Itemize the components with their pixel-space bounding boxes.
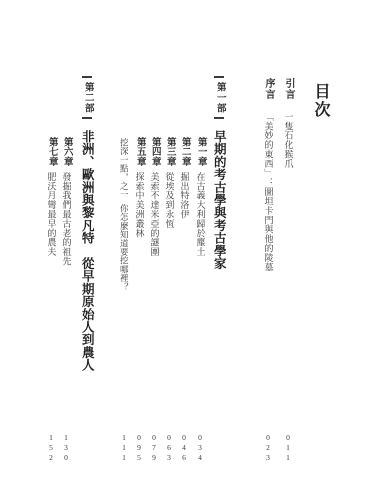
entry-title: 探索中美洲叢林 bbox=[135, 172, 144, 238]
entry-label: 第五章 bbox=[134, 137, 144, 166]
toc-entry-chapter-4: 第四章 美索不達米亞的謎團 bbox=[146, 137, 162, 257]
entry-label: 第四章 bbox=[149, 137, 159, 166]
page-title: 目次 bbox=[312, 83, 328, 119]
page-number: 046 bbox=[180, 433, 188, 463]
entry-label: 第二章 bbox=[179, 137, 189, 166]
page-number: 063 bbox=[165, 433, 173, 463]
entry-label: 引言 bbox=[283, 78, 293, 100]
entry-label: 挖深一點，之一 bbox=[120, 138, 129, 199]
toc-entry-chapter-2: 第二章 掘出特洛伊 bbox=[176, 137, 192, 219]
toc-entry-chapter-1: 第一章 在古義大利歸於塵土 bbox=[192, 137, 208, 257]
entry-title: 肥沃月彎最早的農夫 bbox=[47, 172, 56, 257]
entry-title: 在古義大利歸於塵土 bbox=[196, 172, 205, 257]
part-bracket-top-bar bbox=[82, 76, 92, 78]
page-number: 079 bbox=[150, 433, 158, 463]
toc-entry-chapter-3: 第三章 從埃及到永恆 bbox=[161, 137, 177, 229]
part-bracket-top-bar bbox=[214, 76, 224, 78]
page-title-column: 目次 bbox=[311, 83, 329, 119]
part-label: 第一部 bbox=[214, 82, 224, 114]
entry-title: 一隻石化猴爪 bbox=[284, 112, 293, 168]
entry-label: 第一章 bbox=[195, 137, 205, 166]
page-number: 095 bbox=[135, 433, 143, 463]
toc-entry-chapter-7: 第七章 肥沃月彎最早的農夫 bbox=[43, 137, 59, 257]
toc-entry-introduction: 引言 一隻石化猴爪 bbox=[280, 78, 296, 168]
part-bracket-bottom-bar bbox=[82, 117, 92, 119]
toc-entry-preface: 序言 「美妙的東西」：圖坦卡門與他的陵墓 bbox=[260, 78, 276, 272]
part-title: 非洲、歐洲與黎凡特 從早期原始人到農人 bbox=[81, 130, 94, 371]
page-number: 111 bbox=[120, 433, 128, 463]
part-title: 早期的考古學與考古學家 bbox=[213, 130, 226, 270]
entry-title: 「美妙的東西」：圖坦卡門與他的陵墓 bbox=[264, 112, 273, 272]
page-number: 023 bbox=[264, 433, 272, 463]
entry-label: 序言 bbox=[263, 78, 273, 100]
entry-label: 第六章 bbox=[61, 137, 71, 166]
entry-label: 第七章 bbox=[46, 137, 56, 166]
toc-entry-chapter-6: 第六章 發掘我們最古老的祖先 bbox=[58, 137, 74, 266]
toc-entry-chapter-5: 第五章 探索中美洲叢林 bbox=[131, 137, 147, 238]
page-number: 152 bbox=[47, 433, 55, 463]
toc-part-2: 第二部 非洲、歐洲與黎凡特 從早期原始人到農人 bbox=[79, 76, 95, 371]
entry-title: 掘出特洛伊 bbox=[180, 172, 189, 219]
entry-label: 第三章 bbox=[164, 137, 174, 166]
page-number: 130 bbox=[62, 433, 70, 463]
part-bracket-bottom-bar bbox=[214, 117, 224, 119]
entry-title: 從埃及到永恆 bbox=[165, 172, 174, 228]
entry-title: 發掘我們最古老的祖先 bbox=[62, 172, 71, 266]
part-label: 第二部 bbox=[82, 82, 92, 114]
entry-title: 你怎麼知道要挖哪裡？ bbox=[120, 204, 129, 291]
page-number: 034 bbox=[196, 433, 204, 463]
entry-title: 美索不達米亞的謎團 bbox=[150, 172, 159, 257]
toc-part-1: 第一部 早期的考古學與考古學家 bbox=[211, 76, 227, 269]
page-number: 011 bbox=[284, 433, 292, 463]
toc-entry-dig-deeper-1: 挖深一點，之一 你怎麼知道要挖哪裡？ bbox=[116, 138, 132, 291]
